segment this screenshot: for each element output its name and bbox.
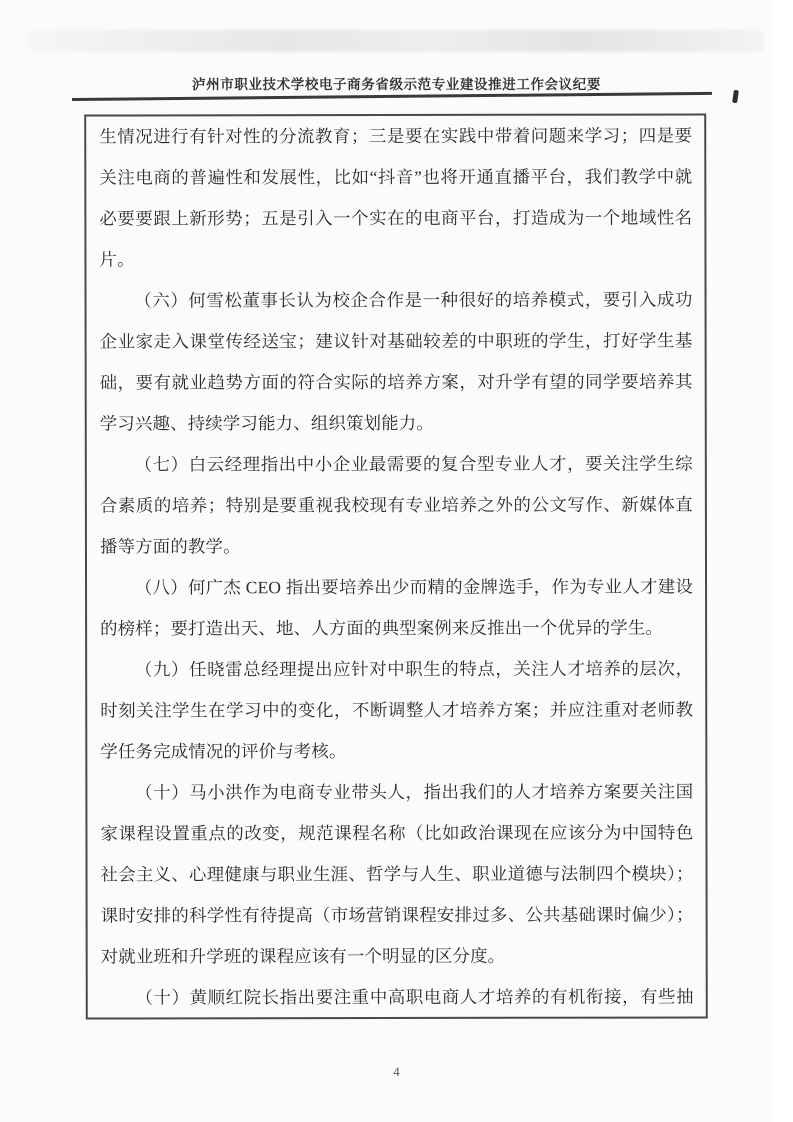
header-rule <box>72 92 712 101</box>
paragraph-item-10a: （十）马小洪作为电商专业带头人，指出我们的人才培养方案要关注国家课程设置重点的改… <box>100 771 693 977</box>
paragraph-item-10b: （十）黄顺红院长指出要注重中高职电商人才培养的有机衔接，有些抽象的策划类的课程中… <box>101 976 694 1019</box>
paragraph-item-9: （九）任晓雷总经理提出应针对中职生的特点，关注人才培养的层次，时刻关注学生在学习… <box>100 648 693 772</box>
scan-artifact-band <box>28 30 763 52</box>
document-body-box: 生情况进行有针对性的分流教育；三是要在实践中带着问题来学习；四是要关注电商的普遍… <box>84 113 708 1019</box>
page-header-title: 泸州市职业技术学校电子商务省级示范专业建设推进工作会议纪要 <box>0 73 793 93</box>
scanned-page: 泸州市职业技术学校电子商务省级示范专业建设推进工作会议纪要 生情况进行有针对性的… <box>0 0 793 1122</box>
page-number: 4 <box>0 1064 793 1080</box>
paragraph-item-8: （八）何广杰 CEO 指出要培养出少而精的金牌选手，作为专业人才建设的榜样；要打… <box>100 566 693 649</box>
scan-edge-strip <box>771 0 793 1122</box>
paragraph-continuation: 生情况进行有针对性的分流教育；三是要在实践中带着问题来学习；四是要关注电商的普遍… <box>99 115 692 280</box>
paragraph-item-6: （六）何雪松董事长认为校企合作是一种很好的培养模式，要引入成功企业家走入课堂传经… <box>100 279 693 444</box>
paragraph-item-7: （七）白云经理指出中小企业最需要的复合型专业人才，要关注学生综合素质的培养；特别… <box>100 443 693 567</box>
